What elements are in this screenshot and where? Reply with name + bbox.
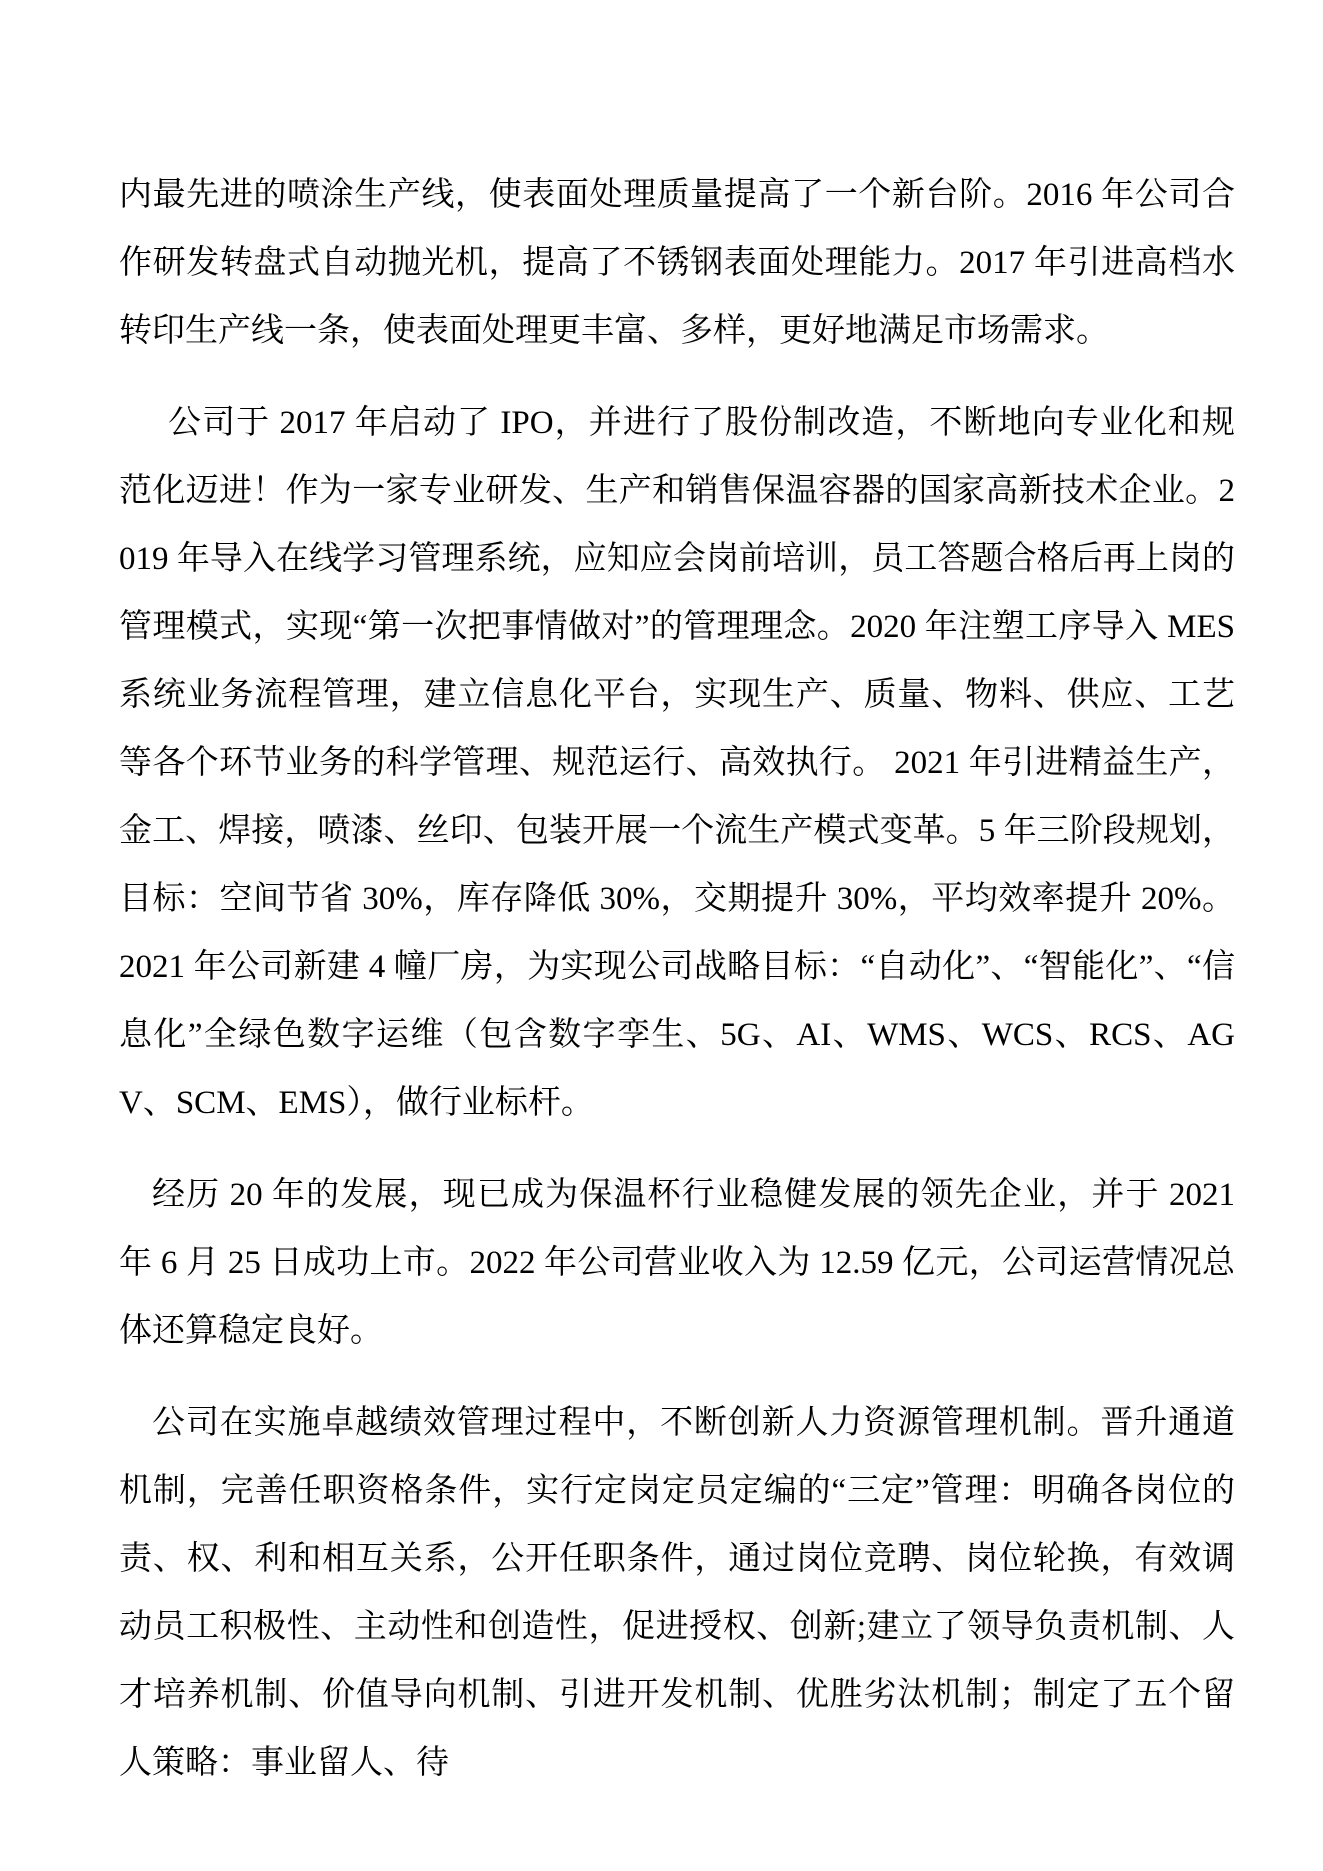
document-page: 内最先进的喷涂生产线，使表面处理质量提高了一个新台阶。2016 年公司合作研发转…	[0, 0, 1323, 1871]
body-paragraph-1: 内最先进的喷涂生产线，使表面处理质量提高了一个新台阶。2016 年公司合作研发转…	[119, 161, 1235, 365]
body-paragraph-2: 公司于 2017 年启动了 IPO，并进行了股份制改造，不断地向专业化和规范化迈…	[119, 389, 1235, 1137]
body-paragraph-4: 公司在实施卓越绩效管理过程中，不断创新人力资源管理机制。晋升通道机制，完善任职资…	[119, 1389, 1235, 1797]
body-paragraph-3: 经历 20 年的发展，现已成为保温杯行业稳健发展的领先企业，并于 2021 年 …	[119, 1161, 1235, 1365]
